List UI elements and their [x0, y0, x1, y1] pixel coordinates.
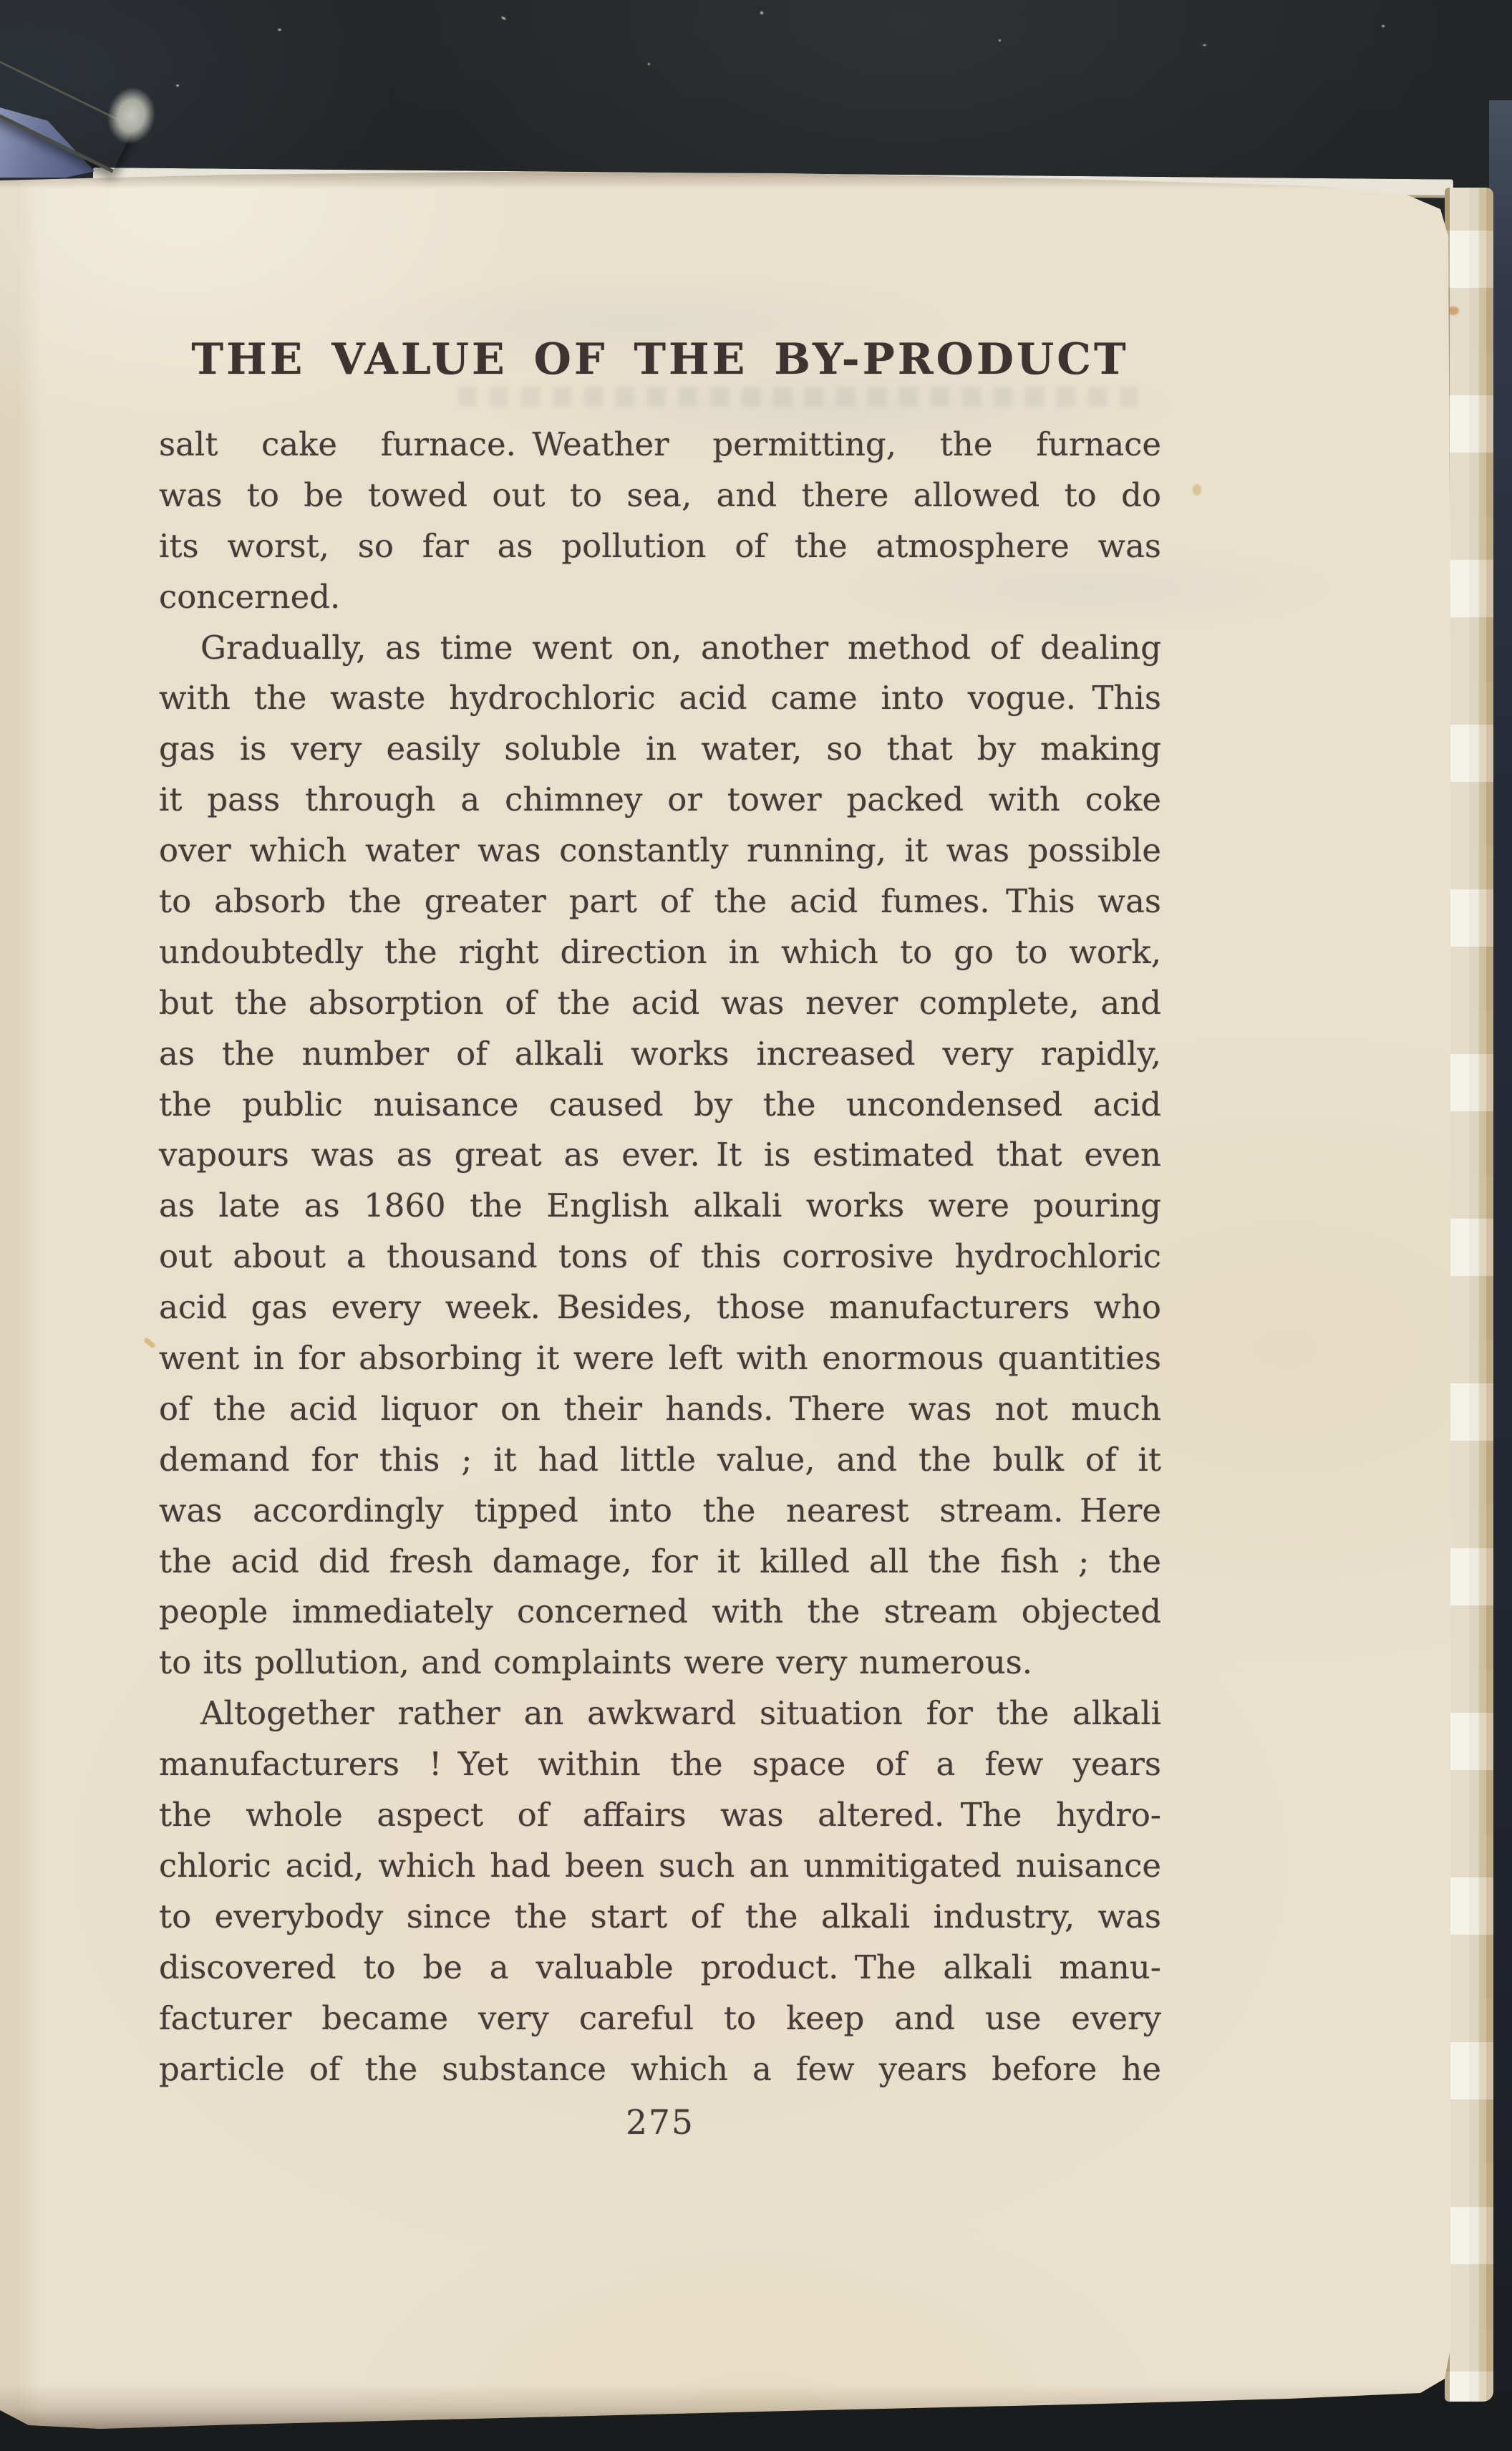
text-line: it pass through a chimney or tower packe… [159, 775, 1161, 826]
text-line: the whole aspect of affairs was altered.… [159, 1790, 1161, 1841]
paper-stain [1193, 484, 1201, 495]
text-line: Gradually, as time went on, another meth… [159, 623, 1161, 674]
text-line: salt cake furnace. Weather permitting, t… [159, 420, 1161, 470]
text-line: out about a thousand tons of this corros… [159, 1232, 1161, 1282]
fore-edge-page-stack [1445, 188, 1493, 2402]
text-line: undoubtedly the right direction in which… [159, 927, 1161, 978]
text-line: acid gas every week. Besides, those manu… [159, 1282, 1161, 1333]
text-line: particle of the substance which a few ye… [159, 2044, 1161, 2095]
text-line: vapours was as great as ever. It is esti… [159, 1130, 1161, 1181]
text-line: but the absorption of the acid was never… [159, 978, 1161, 1029]
text-line: over which water was constantly running,… [159, 826, 1161, 876]
text-line: was accordingly tipped into the nearest … [159, 1486, 1161, 1537]
text-line: concerned. [159, 572, 1161, 623]
text-line: as late as 1860 the English alkali works… [159, 1181, 1161, 1232]
text-line: of the acid liquor on their hands. There… [159, 1384, 1161, 1435]
text-line: discovered to be a valuable product. The… [159, 1943, 1161, 1993]
text-line: chloric acid, which had been such an unm… [159, 1841, 1161, 1892]
text-line: was to be towed out to sea, and there al… [159, 470, 1161, 521]
chapter-running-title: THE VALUE OF THE BY-PRODUCT [159, 337, 1161, 384]
verso-show-through [458, 387, 1145, 407]
rust-stain [1448, 306, 1459, 315]
dust-speck [760, 11, 763, 14]
dust-speck [278, 29, 281, 31]
text-line: to absorb the greater part of the acid f… [159, 876, 1161, 927]
text-line: its worst, so far as pollution of the at… [159, 521, 1161, 572]
dust-speck [999, 39, 1001, 42]
text-line: manufacturers ! Yet within the space of … [159, 1739, 1161, 1790]
text-line: people immediately concerned with the st… [159, 1587, 1161, 1638]
text-line: gas is very easily soluble in water, so … [159, 724, 1161, 775]
dust-speck [501, 16, 507, 20]
page-text: salt cake furnace. Weather permitting, t… [159, 420, 1161, 2094]
text-line: demand for this ; it had little value, a… [159, 1435, 1161, 1486]
book-page: THE VALUE OF THE BY-PRODUCT salt cake fu… [0, 0, 1512, 2451]
text-line: with the waste hydrochloric acid came in… [159, 673, 1161, 724]
page-number: 275 [159, 2102, 1161, 2144]
text-line: the public nuisance caused by the uncond… [159, 1080, 1161, 1131]
text-line: to everybody since the start of the alka… [159, 1892, 1161, 1943]
book-scan: THE VALUE OF THE BY-PRODUCT salt cake fu… [0, 0, 1512, 2451]
text-line: as the number of alkali works increased … [159, 1029, 1161, 1080]
text-line: went in for absorbing it were left with … [159, 1333, 1161, 1384]
text-line: to its pollution, and complaints were ve… [159, 1638, 1161, 1688]
text-line: the acid did fresh damage, for it killed… [159, 1537, 1161, 1587]
dust-speck [1203, 44, 1206, 46]
text-line: Altogether rather an awkward situation f… [159, 1688, 1161, 1739]
paper-fiber-stain [143, 1337, 156, 1349]
dust-speck [1382, 25, 1385, 27]
text-line: facturer became very careful to keep and… [159, 1993, 1161, 2044]
